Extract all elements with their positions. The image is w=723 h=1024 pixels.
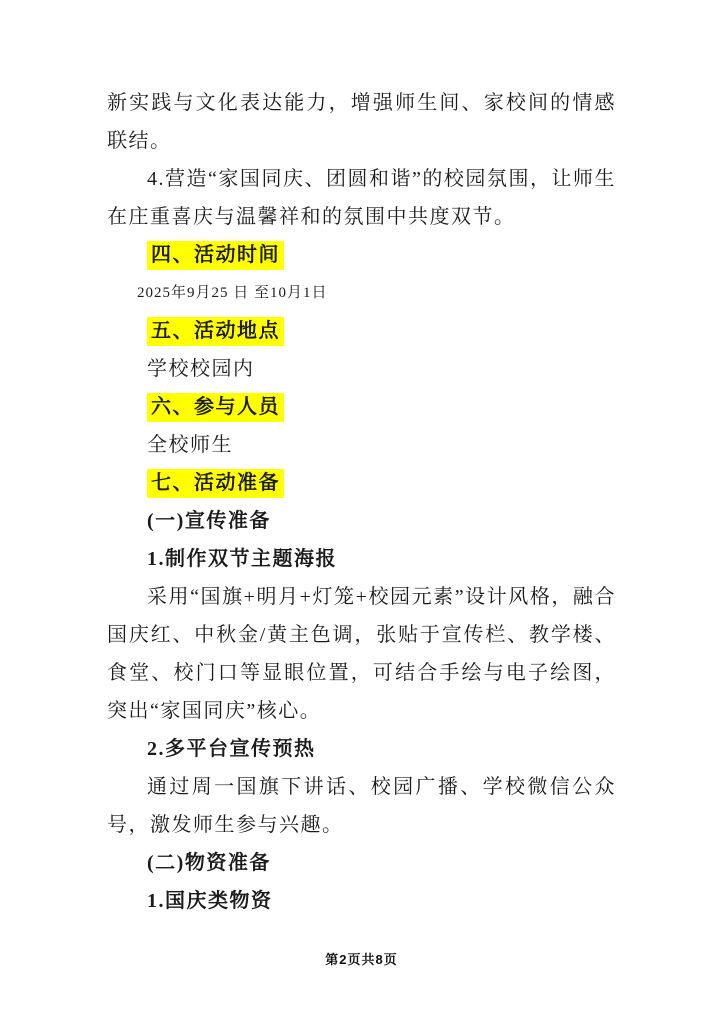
highlight-mark: 六、参与人员	[147, 393, 284, 422]
highlight-mark: 七、活动准备	[147, 469, 284, 498]
paragraph-platform-detail: 通过周一国旗下讲话、校园广播、学校微信公众号，激发师生参与兴趣。	[107, 768, 616, 844]
heading-participants: 六、参与人员	[107, 388, 616, 426]
heading-activity-time: 四、活动时间	[107, 236, 616, 274]
subheading-national-day-materials: 1.国庆类物资	[107, 882, 616, 920]
highlight-mark: 五、活动地点	[147, 317, 284, 346]
page-number: 第2页共8页	[325, 952, 397, 967]
document-content: 新实践与文化表达能力，增强师生间、家校间的情感联结。 4.营造“家国同庆、团圆和…	[107, 84, 616, 920]
subheading-publicity-preparation: (一)宣传准备	[107, 502, 616, 540]
paragraph-goal-4: 4.营造“家国同庆、团圆和谐”的校园氛围，让师生在庄重喜庆与温馨祥和的氛围中共度…	[107, 160, 616, 236]
heading-activity-preparation: 七、活动准备	[107, 464, 616, 502]
subheading-multi-platform: 2.多平台宣传预热	[107, 730, 616, 768]
paragraph-poster-detail: 采用“国旗+明月+灯笼+校园元素”设计风格，融合国庆红、中秋金/黄主色调，张贴于…	[107, 578, 616, 730]
participants-value: 全校师生	[107, 426, 616, 464]
highlight-mark: 四、活动时间	[147, 241, 284, 270]
page-footer: 第2页共8页	[0, 949, 723, 968]
document-page: 新实践与文化表达能力，增强师生间、家校间的情感联结。 4.营造“家国同庆、团圆和…	[0, 0, 723, 1024]
activity-time-value: 2025年9月25 日 至10月1日	[107, 274, 616, 312]
subheading-poster: 1.制作双节主题海报	[107, 540, 616, 578]
heading-activity-location: 五、活动地点	[107, 312, 616, 350]
activity-location-value: 学校校园内	[107, 350, 616, 388]
subheading-material-preparation: (二)物资准备	[107, 844, 616, 882]
paragraph-continuation: 新实践与文化表达能力，增强师生间、家校间的情感联结。	[107, 84, 616, 160]
